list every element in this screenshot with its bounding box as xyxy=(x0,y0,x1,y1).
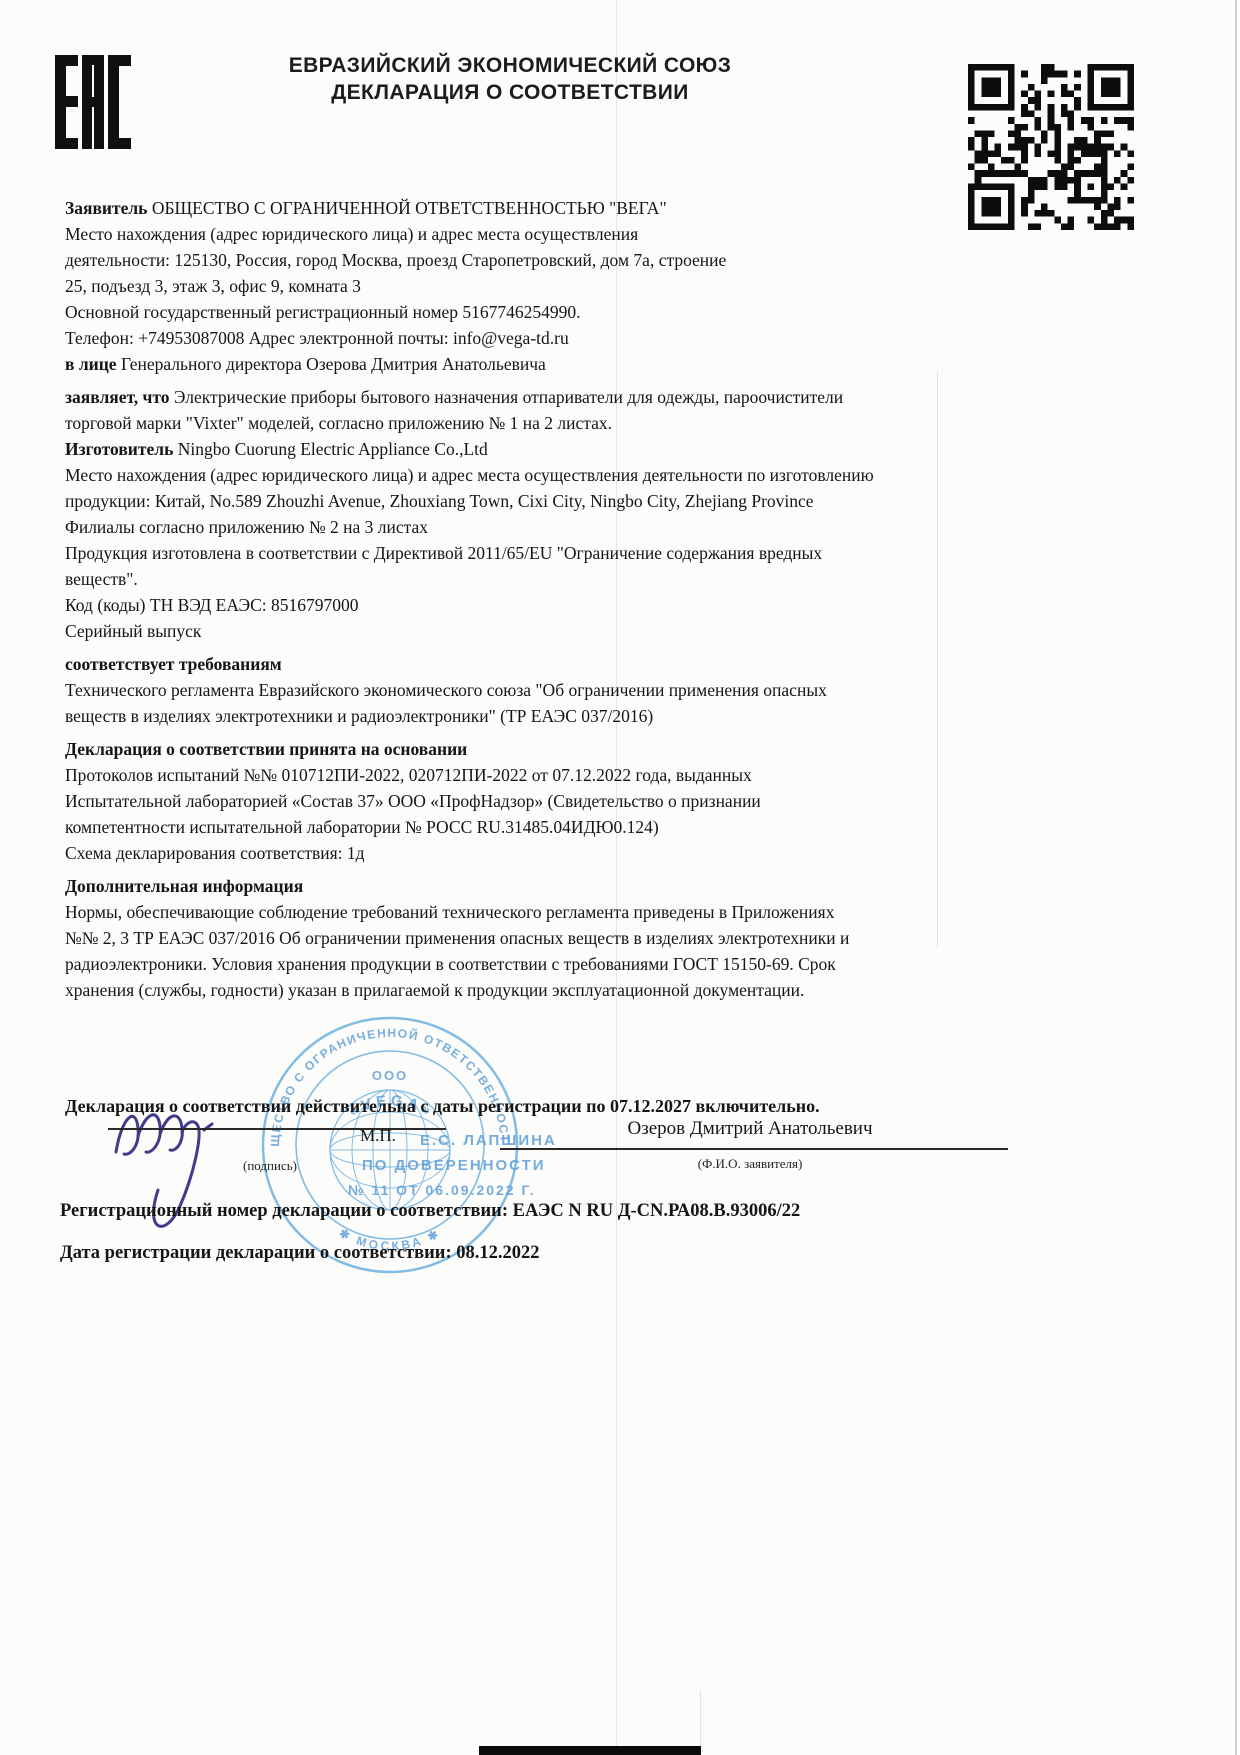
represented-by-label: в лице xyxy=(65,354,117,374)
stamp-ooo-text: ООО xyxy=(372,1068,408,1083)
stamp-signer-name: Е.С. ЛАПШИНА xyxy=(420,1132,557,1149)
registration-number-line: Регистрационный номер декларации о соотв… xyxy=(60,1201,1160,1222)
represented-by-line: в лице Генерального директора Озерова Дм… xyxy=(65,351,1015,377)
test-protocols: Протоколов испытаний №№ 010712ПИ-2022, 0… xyxy=(65,762,1015,866)
applicant-fio-name: Озеров Дмитрий Анатольевич xyxy=(560,1118,940,1140)
eac-mark-icon xyxy=(55,55,131,149)
declaration-document: ЕВРАЗИЙСКИЙ ЭКОНОМИЧЕСКИЙ СОЮЗ ДЕКЛАРАЦИ… xyxy=(0,0,1240,1755)
fio-line xyxy=(500,1148,1008,1150)
document-title: ЕВРАЗИЙСКИЙ ЭКОНОМИЧЕСКИЙ СОЮЗ ДЕКЛАРАЦИ… xyxy=(230,52,790,106)
manufacturer-address: Место нахождения (адрес юридического лиц… xyxy=(65,462,1015,644)
meets-requirements-heading: соответствует требованиям xyxy=(65,651,1015,677)
applicant-address: Место нахождения (адрес юридического лиц… xyxy=(65,221,1015,351)
declares-line: заявляет, что Электрические приборы быто… xyxy=(65,384,1015,436)
stamp-place-label: М.П. xyxy=(360,1126,396,1146)
basis-heading: Декларация о соответствии принята на осн… xyxy=(65,736,1015,762)
additional-info-heading: Дополнительная информация xyxy=(65,873,1015,899)
title-line-2: ДЕКЛАРАЦИЯ О СООТВЕТСТВИИ xyxy=(230,79,790,106)
stamp-proxy-number-text: № 11 ОТ 06.09.2022 Г. xyxy=(348,1182,536,1198)
manufacturer-label: Изготовитель xyxy=(65,439,173,459)
scan-edge xyxy=(1235,0,1237,1755)
signature-caption: (подпись) xyxy=(165,1158,375,1174)
fio-caption: (Ф.И.О. заявителя) xyxy=(560,1156,940,1172)
title-line-1: ЕВРАЗИЙСКИЙ ЭКОНОМИЧЕСКИЙ СОЮЗ xyxy=(230,52,790,79)
scan-artifact-bar xyxy=(479,1746,701,1755)
stamp-by-proxy-text: ПО ДОВЕРЕННОСТИ xyxy=(362,1157,546,1174)
declaration-body: Заявитель ОБЩЕСТВО С ОГРАНИЧЕННОЙ ОТВЕТС… xyxy=(65,195,1015,1003)
declares-label: заявляет, что xyxy=(65,387,170,407)
manufacturer-line: Изготовитель Ningbo Cuorung Electric App… xyxy=(65,436,1015,462)
applicant-label: Заявитель xyxy=(65,198,147,218)
applicant-line: Заявитель ОБЩЕСТВО С ОГРАНИЧЕННОЙ ОТВЕТС… xyxy=(65,195,1015,221)
technical-regulation: Технического регламента Евразийского эко… xyxy=(65,677,1015,729)
registration-date-line: Дата регистрации декларации о соответств… xyxy=(60,1243,1160,1264)
additional-info-text: Нормы, обеспечивающие соблюдение требова… xyxy=(65,899,1015,1003)
